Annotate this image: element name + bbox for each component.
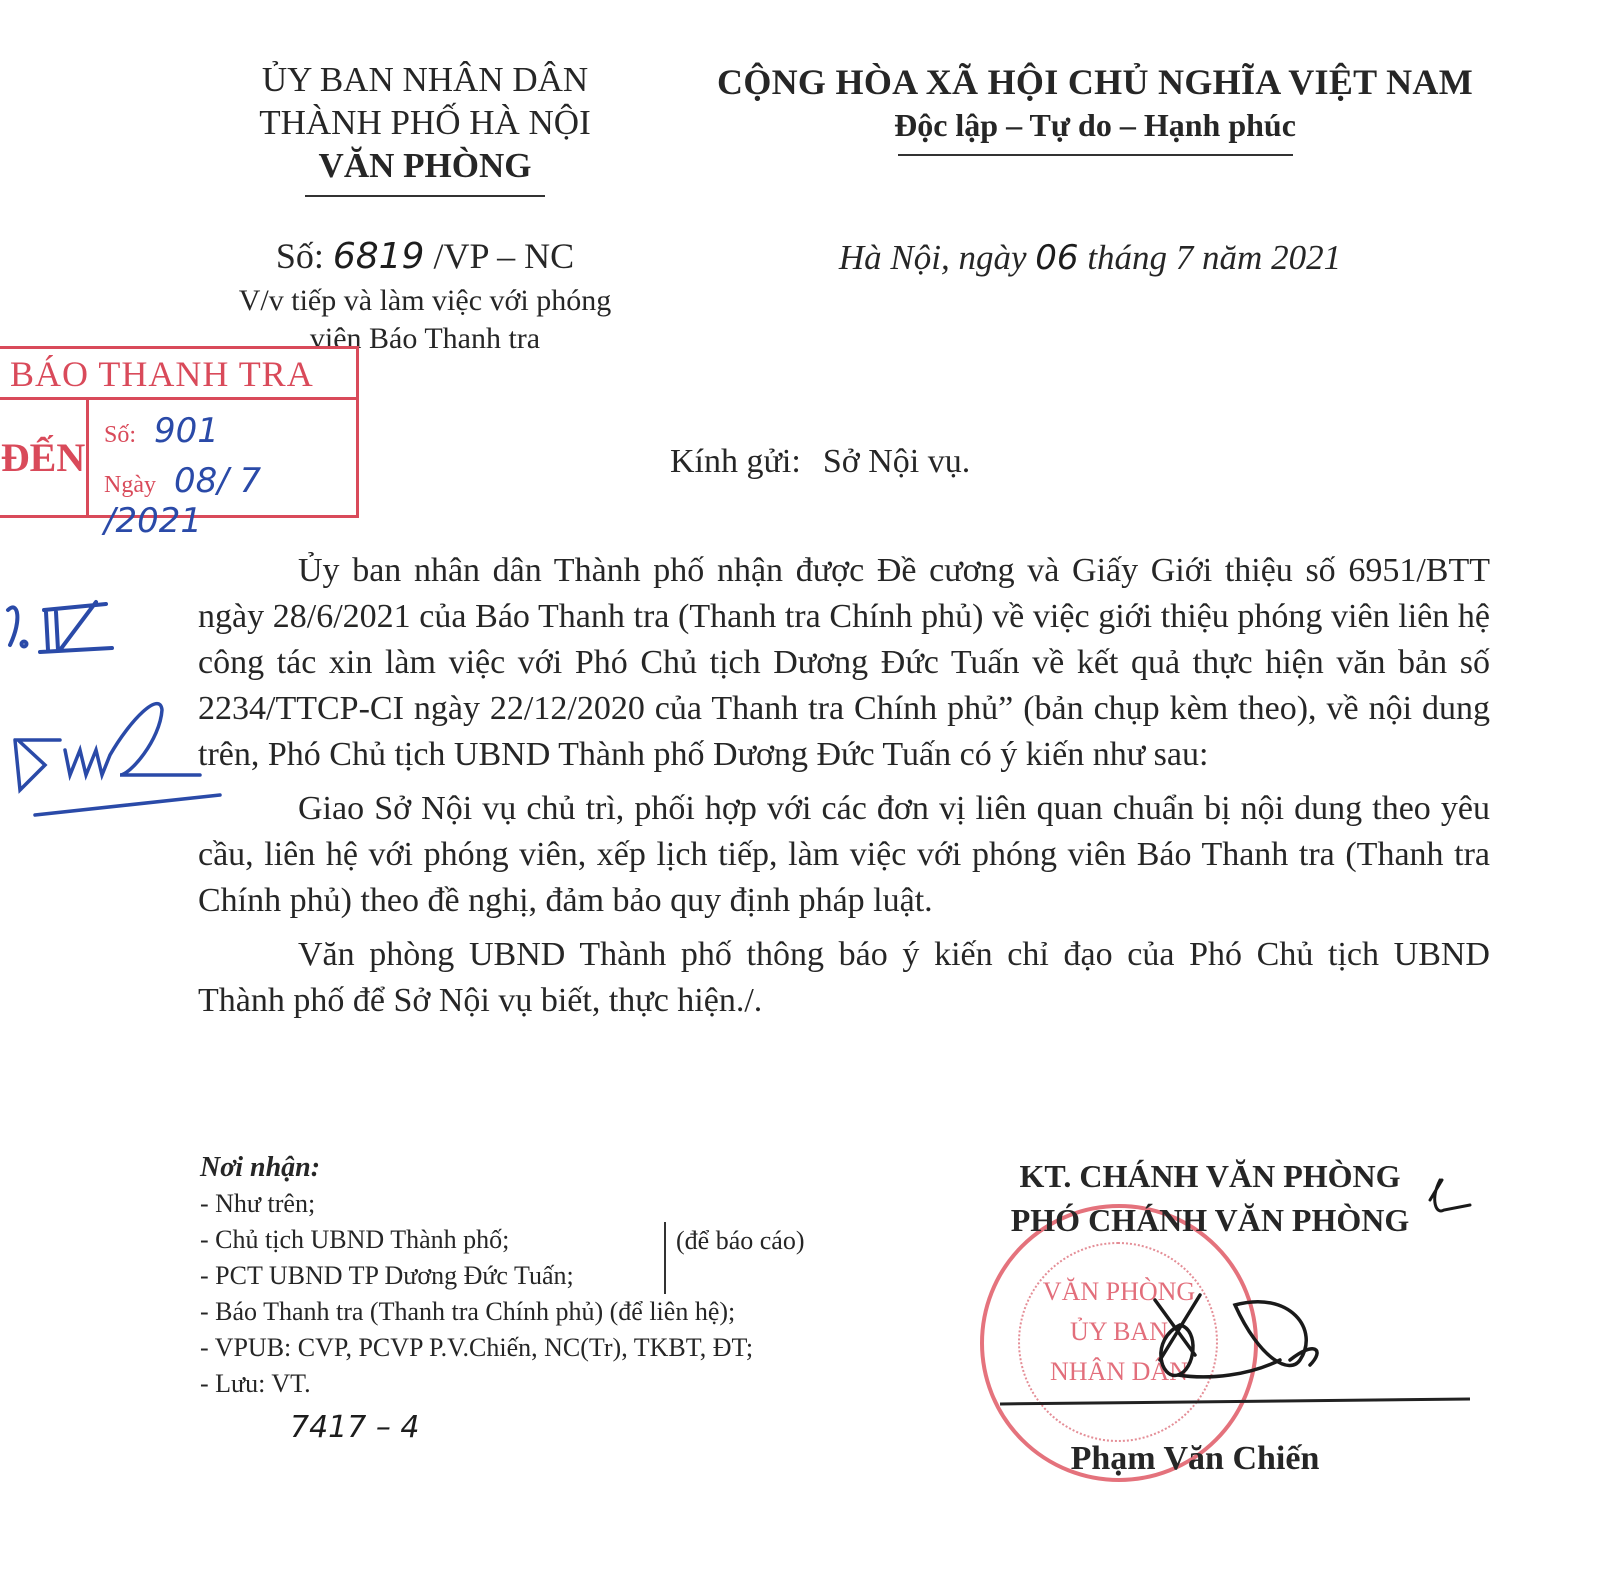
greeting-recipient: Sở Nội vụ. — [823, 443, 970, 480]
handwritten-filing-code: 7417 – 4 — [290, 1410, 420, 1445]
received-stamp: BÁO THANH TRA ĐẾN Số:901 Ngày08/ 7 /2021 — [0, 346, 359, 518]
date-prefix: Hà Nội, ngày — [839, 238, 1027, 277]
document-date: Hà Nội, ngày 06 tháng 7 năm 2021 — [780, 236, 1400, 280]
margin-signature-icon — [15, 704, 220, 815]
document-number-label: Số: — [276, 236, 324, 276]
stamp-side-label: ĐẾN — [0, 400, 89, 515]
recipients-title: Nơi nhận: — [200, 1150, 920, 1186]
body-paragraph-1: Ủy ban nhân dân Thành phố nhận được Đề c… — [198, 548, 1490, 778]
date-year: năm 2021 — [1202, 238, 1341, 277]
date-month: tháng 7 — [1087, 238, 1193, 277]
recipient-item: - Như trên; — [200, 1186, 920, 1222]
agency-office-title: VĂN PHÒNG — [195, 144, 655, 187]
national-motto: Độc lập – Tự do – Hạnh phúc — [700, 104, 1490, 146]
subject-line-1: V/v tiếp và làm việc với phóng — [195, 282, 655, 320]
document-number: Số: 6819 /VP – NC — [200, 234, 650, 279]
recipients-bracket-note: (để báo cáo) — [676, 1226, 804, 1256]
greeting: Kính gửi:Sở Nội vụ. — [670, 440, 970, 484]
stamp-number-value: 901 — [154, 411, 219, 451]
stamp-date-row: Ngày08/ 7 /2021 — [104, 461, 356, 541]
stamp-number-row: Số:901 — [104, 411, 219, 451]
document-number-handwritten: 6819 — [333, 236, 425, 277]
signature-line-2: PHÓ CHÁNH VĂN PHÒNG — [950, 1198, 1470, 1242]
stamp-title: BÁO THANH TRA — [0, 349, 356, 400]
date-day-handwritten: 06 — [1035, 238, 1078, 278]
signature-line-1: KT. CHÁNH VĂN PHÒNG — [950, 1154, 1470, 1198]
recipient-item: - Báo Thanh tra (Thanh tra Chính phủ) (đ… — [200, 1294, 920, 1330]
body-paragraph-2: Giao Sở Nội vụ chủ trì, phối hợp với các… — [198, 786, 1490, 924]
recipient-item: - PCT UBND TP Dương Đức Tuấn; — [200, 1258, 920, 1294]
stamp-date-label: Ngày — [104, 472, 156, 498]
motto-underline — [898, 154, 1293, 156]
greeting-label: Kính gửi: — [670, 443, 801, 480]
agency-line-1: ỦY BAN NHÂN DÂN — [195, 58, 655, 101]
recipient-item: - VPUB: CVP, PCVP P.V.Chiến, NC(Tr), TKB… — [200, 1330, 920, 1366]
recipient-item: - Chủ tịch UBND Thành phố; — [200, 1222, 920, 1258]
document-body: Ủy ban nhân dân Thành phố nhận được Đề c… — [198, 548, 1490, 1024]
margin-note-p4-icon — [8, 602, 112, 652]
recipient-item: - Lưu: VT. — [200, 1366, 920, 1402]
stamp-number-label: Số: — [104, 422, 136, 448]
signature-block-title: KT. CHÁNH VĂN PHÒNG PHÓ CHÁNH VĂN PHÒNG — [950, 1154, 1470, 1242]
recipients-list: Nơi nhận: - Như trên; - Chủ tịch UBND Th… — [200, 1150, 920, 1402]
body-paragraph-3: Văn phòng UBND Thành phố thông báo ý kiế… — [198, 932, 1490, 1024]
agency-line-2: THÀNH PHỐ HÀ NỘI — [195, 101, 655, 144]
recipients-bracket — [664, 1222, 666, 1294]
issuing-agency-header: ỦY BAN NHÂN DÂN THÀNH PHỐ HÀ NỘI VĂN PHÒ… — [195, 58, 655, 197]
document-number-suffix: /VP – NC — [433, 236, 574, 276]
handwritten-signature-icon — [1140, 1270, 1480, 1410]
agency-underline — [305, 195, 545, 197]
national-header: CỘNG HÒA XÃ HỘI CHỦ NGHĨA VIỆT NAM Độc l… — [700, 60, 1490, 156]
nation-title: CỘNG HÒA XÃ HỘI CHỦ NGHĨA VIỆT NAM — [700, 60, 1490, 104]
signer-name: Phạm Văn Chiến — [950, 1440, 1440, 1478]
